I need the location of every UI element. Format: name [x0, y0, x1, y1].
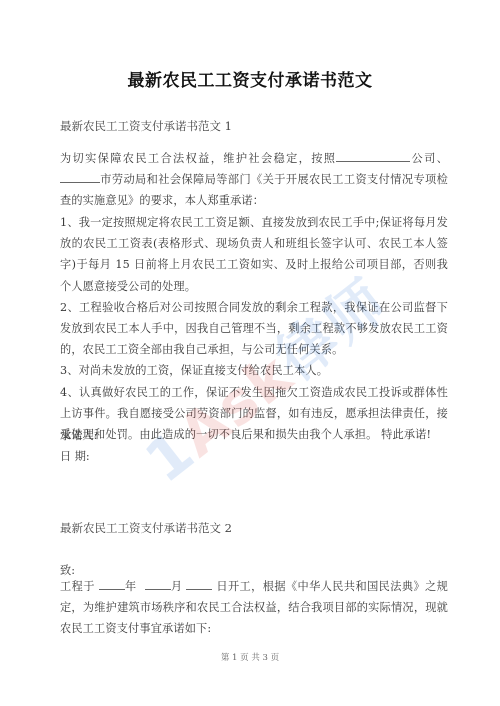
city-blank: [60, 170, 100, 183]
body-text-1: 工程于: [60, 580, 95, 593]
section-1-intro: 为切实保障农民工合法权益，维护社会稳定，按照公司、 市劳动局和社会保障局等部门《…: [60, 148, 448, 212]
month-blank: [145, 577, 171, 590]
intro-text-3: 市劳动局和社会保障局等部门《关于开展农民工工资支付情况专项检查的实施意见》的要求…: [60, 173, 448, 207]
year-label: 年: [125, 580, 137, 593]
company-blank: [336, 149, 410, 162]
intro-text-1: 为切实保障农民工合法权益，维护社会稳定，按照: [60, 152, 336, 165]
day-blank: [186, 577, 212, 590]
document-title: 最新农民工工资支付承诺书范文: [0, 66, 500, 91]
commitment-item-4: 4、认真做好农民工的工作，保证不发生因拖欠工资造成农民工投诉或群体性上访事件。我…: [60, 382, 448, 446]
document-page: 最新农民工工资支付承诺书范文 最新农民工工资支付承诺书范文 1 为切实保障农民工…: [0, 0, 500, 706]
commitment-item-1: 1、我一定按照规定将农民工工资足额、直接发放到农民工手中;保证将每月发放的农民工…: [60, 212, 448, 297]
signer-label: 承诺人:: [60, 425, 97, 446]
section-2-heading: 最新农民工工资支付承诺书范文 2: [60, 520, 232, 536]
month-label: 月: [171, 580, 183, 593]
year-blank: [99, 577, 125, 590]
page-indicator: 第 1 页 共 3 页: [0, 651, 500, 663]
intro-text-2: 公司、: [410, 152, 448, 165]
section-2-body: 工程于 年 月 日开工，根据《中华人民共和国民法典》之规定，为维护建筑市场秩序和…: [60, 576, 448, 640]
commitment-item-2: 2、工程验收合格后对公司按照合同发放的剩余工程款，我保证在公司监督下发放到农民工…: [60, 297, 448, 361]
commitment-item-3: 3、对尚未发放的工资，保证直接支付给农民工本人。: [60, 360, 448, 381]
section-1-heading: 最新农民工工资支付承诺书范文 1: [60, 118, 232, 134]
date-label: 日 期:: [60, 446, 90, 467]
section-1-items: 1、我一定按照规定将农民工工资足额、直接发放到农民工手中;保证将每月发放的农民工…: [60, 212, 448, 445]
